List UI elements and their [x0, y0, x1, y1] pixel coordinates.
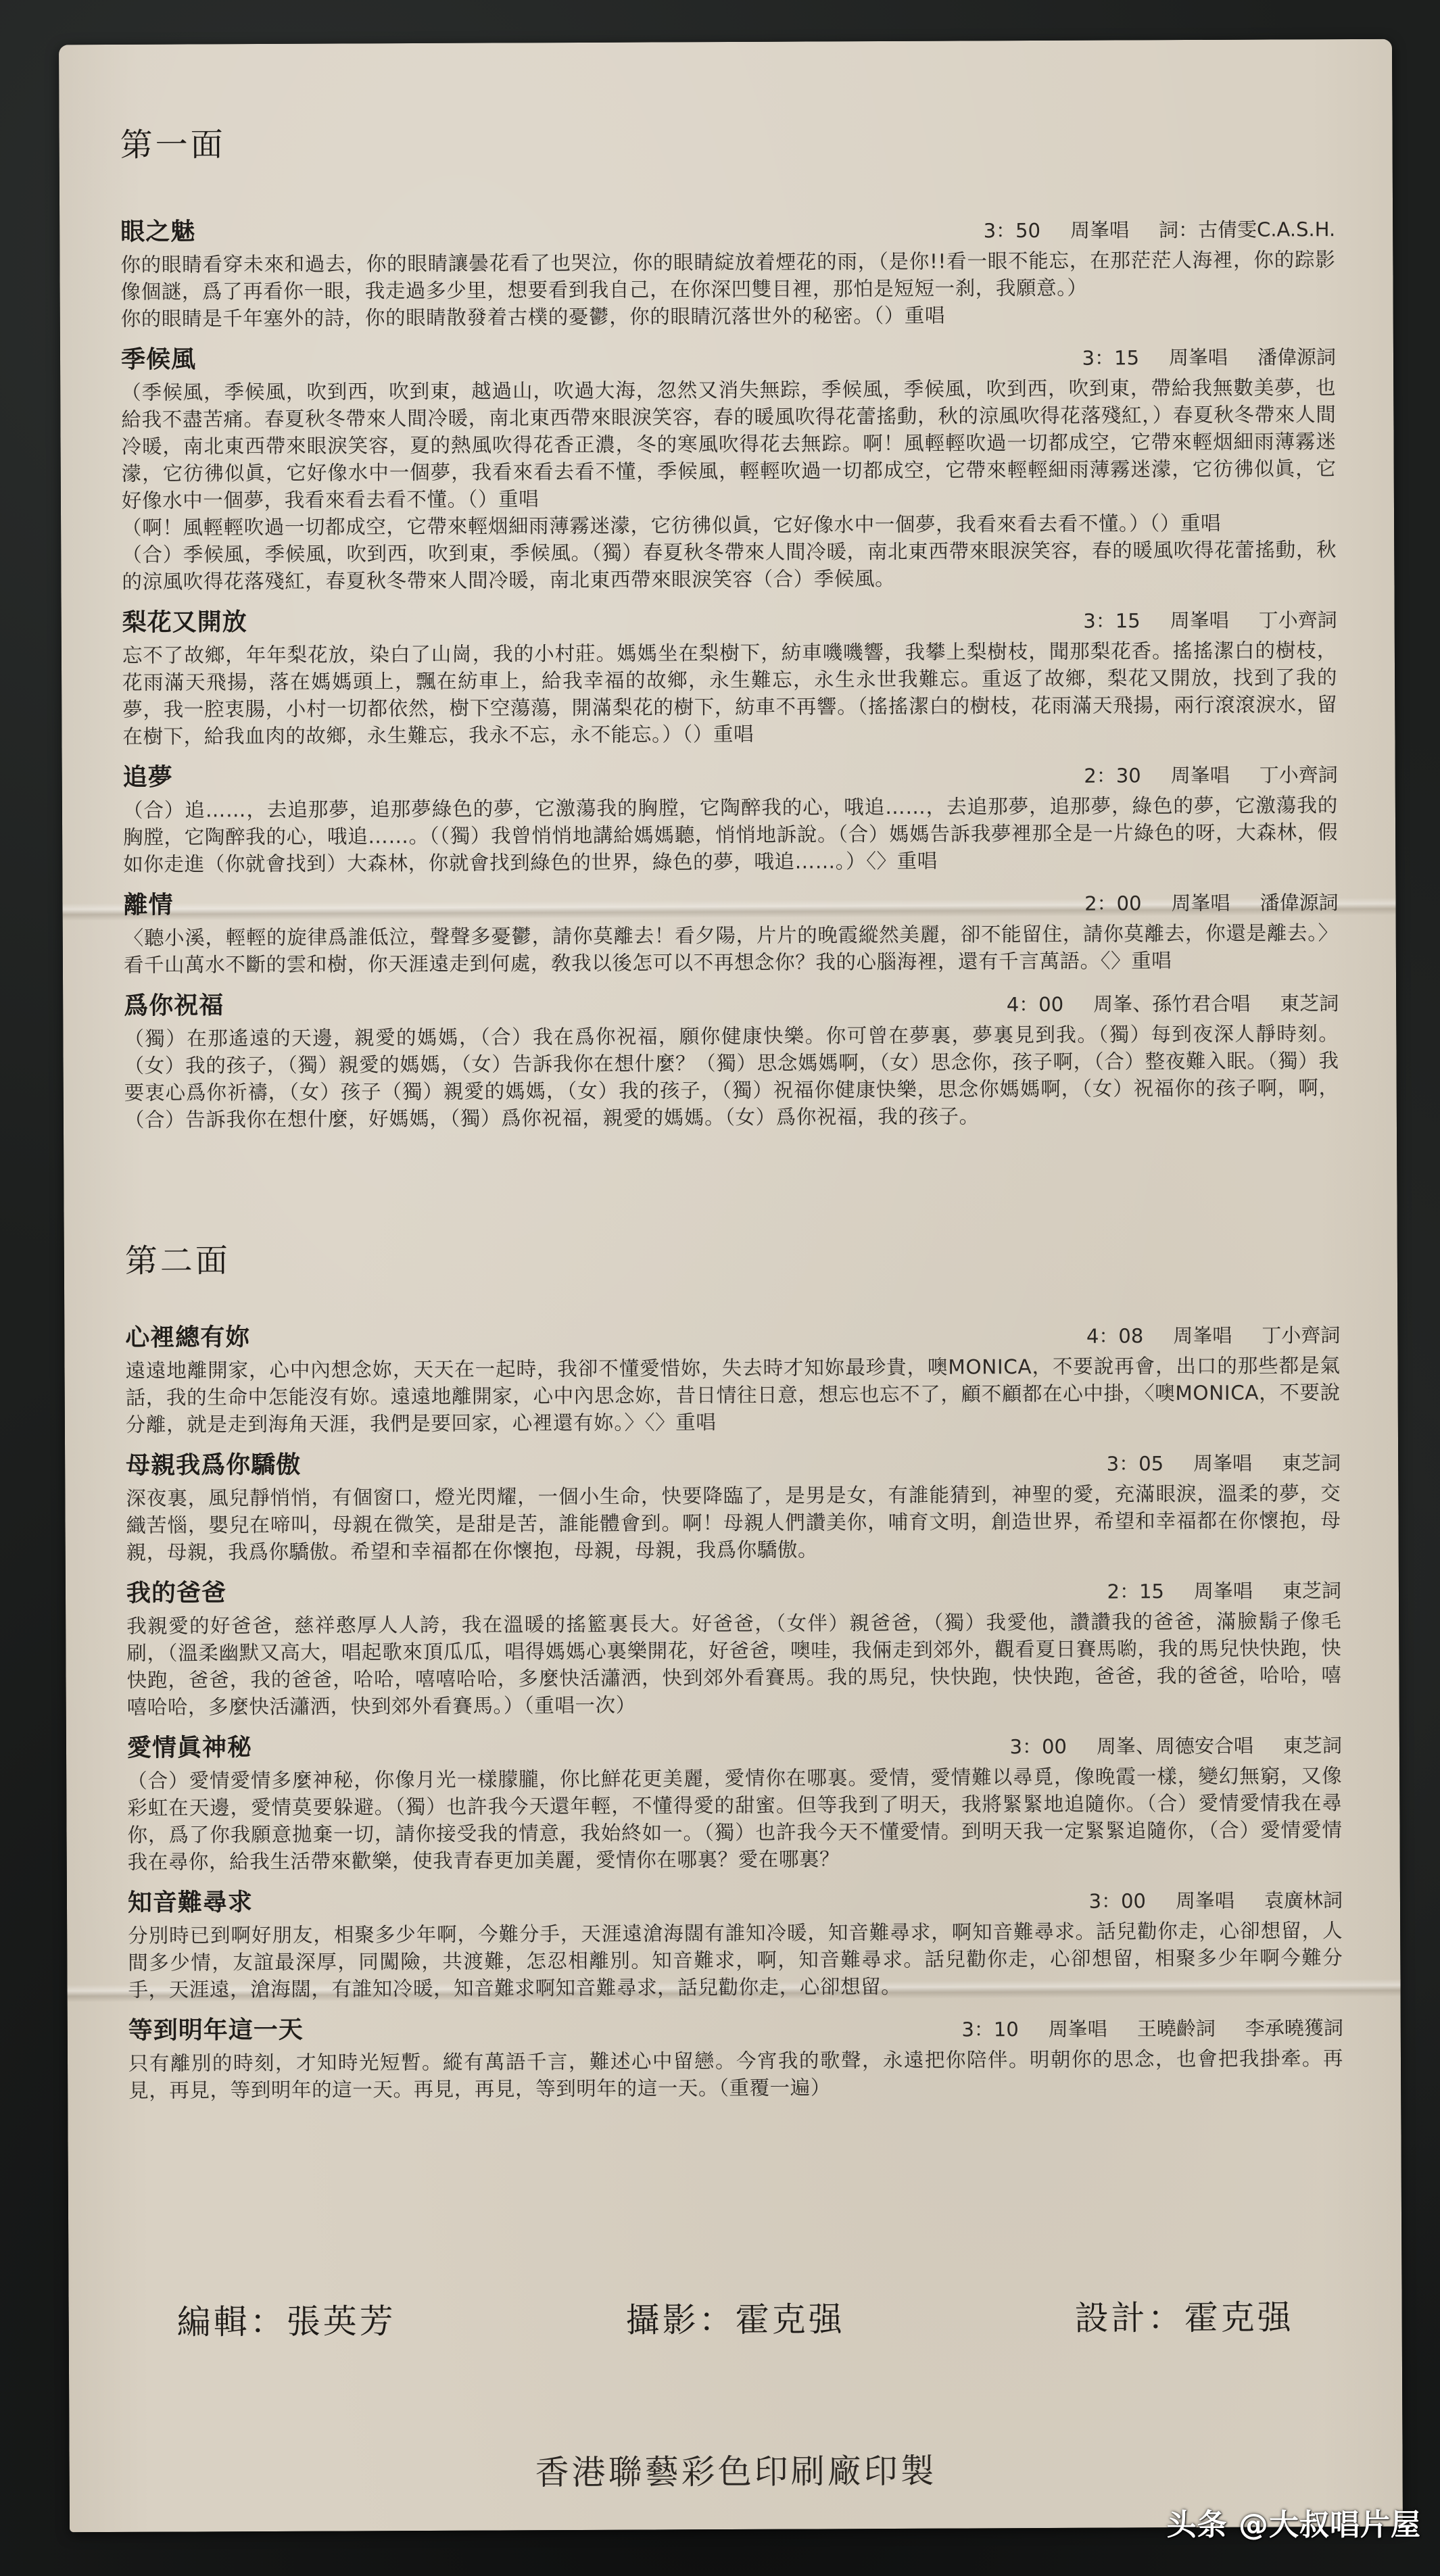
song-entry: 母親我爲你驕傲 3：05 周峯唱 東芝詞 深夜裏，風兒靜悄悄，有個窗口，燈光閃耀…	[126, 1441, 1341, 1566]
song-meta: 3：15 周峯唱 潘偉源詞	[1082, 342, 1337, 371]
song-header: 知音難尋求 3：00 周峯唱 袁廣林詞	[128, 1878, 1343, 1918]
song-duration: 3：15	[1082, 343, 1140, 370]
song-singer: 周峯唱	[1176, 1886, 1234, 1914]
song-lyricist-2: 李承曉獲詞	[1245, 2013, 1343, 2041]
song-duration: 4：08	[1086, 1321, 1144, 1348]
song-duration: 2：00	[1084, 888, 1142, 916]
song-lyrics: 〈聽小溪，輕輕的旋律爲誰低泣，聲聲多憂鬱，請你莫離去！看夕陽，片片的晚霞縱然美麗…	[124, 919, 1339, 979]
song-title: 離情	[123, 886, 173, 921]
song-meta: 2：30 周峯唱 丁小齊詞	[1084, 760, 1338, 789]
side-b-song-list: 心裡總有妳 4：08 周峯唱 丁小齊詞 遠遠地離開家，心中內想念妳，天天在一起時…	[125, 1313, 1343, 2104]
song-duration: 2：30	[1084, 760, 1141, 788]
song-lyricist: 丁小齊詞	[1259, 760, 1338, 788]
song-singer: 周峯唱	[1173, 1321, 1232, 1348]
song-lyricist: 潘偉源詞	[1257, 342, 1336, 370]
song-meta: 3：00 周峯唱 袁廣林詞	[1088, 1885, 1343, 1914]
song-meta: 3：50 周峯唱 詞：古倩雯C.A.S.H.	[984, 214, 1336, 243]
side-a-heading: 第一面	[120, 114, 1335, 166]
song-entry: 眼之魅 3：50 周峯唱 詞：古倩雯C.A.S.H. 你的眼睛看穿未來和過去，你…	[120, 208, 1336, 333]
song-entry: 知音難尋求 3：00 周峯唱 袁廣林詞 分別時已到啊好朋友，相聚多少年啊，今難分…	[128, 1878, 1343, 2003]
song-header: 離情 2：00 周峯唱 潘偉源詞	[123, 881, 1338, 921]
song-header: 眼之魅 3：50 周峯唱 詞：古倩雯C.A.S.H.	[120, 208, 1335, 247]
song-duration: 3：05	[1107, 1449, 1164, 1476]
editor-credit: 編輯：張英芳	[177, 2294, 396, 2343]
song-duration: 3：50	[984, 216, 1041, 243]
song-duration: 2：15	[1107, 1576, 1164, 1604]
song-entry: 梨花又開放 3：15 周峯唱 丁小齊詞 忘不了故鄉，年年梨花放，染白了山崗，我的…	[122, 598, 1338, 750]
song-lyrics: （季候風，季候風，吹到西，吹到東，越過山，吹過大海，忽然又消失無踪，季候風，季候…	[121, 374, 1337, 596]
song-meta: 3：10 周峯唱 王曉齡詞 李承曉獲詞	[961, 2013, 1343, 2042]
song-lyrics: （合）愛情愛情多麼神秘，你像月光一樣朦朧，你比鮮花更美麗，愛情你在哪裏。愛情，愛…	[127, 1762, 1343, 1876]
song-singer: 周峯唱	[1194, 1576, 1253, 1604]
song-lyricist: 詞：古倩雯C.A.S.H.	[1159, 214, 1335, 243]
song-meta: 4：08 周峯唱 丁小齊詞	[1086, 1320, 1341, 1349]
song-entry: 愛情眞神秘 3：00 周峯、周德安合唱 東芝詞 （合）愛情愛情多麼神秘，你像月光…	[127, 1724, 1343, 1876]
song-header: 梨花又開放 3：15 周峯唱 丁小齊詞	[122, 598, 1337, 638]
song-lyricist: 東芝詞	[1282, 1448, 1341, 1476]
song-title: 爲你祝福	[124, 986, 224, 1021]
song-lyrics: 分別時已到啊好朋友，相聚多少年啊，今難分手，天涯遠滄海闊有誰知冷暖，知音難尋求，…	[128, 1917, 1343, 2003]
design-credit: 設計：霍克强	[1074, 2290, 1293, 2339]
song-lyricist: 東芝詞	[1282, 1576, 1341, 1603]
song-entry: 等到明年這一天 3：10 周峯唱 王曉齡詞 李承曉獲詞 只有離別的時刻，才知時光…	[128, 2006, 1344, 2104]
side-b-heading: 第二面	[125, 1230, 1340, 1282]
song-lyricist: 東芝詞	[1283, 1730, 1342, 1758]
song-singer: 周峯、孫竹君合唱	[1093, 989, 1250, 1017]
song-meta: 3：05 周峯唱 東芝詞	[1107, 1448, 1341, 1477]
song-meta: 4：00 周峯、孫竹君合唱 東芝詞	[1007, 988, 1339, 1017]
song-title: 母親我爲你驕傲	[126, 1446, 301, 1481]
song-lyricist: 王曉齡詞	[1137, 2014, 1216, 2042]
song-header: 追夢 2：30 周峯唱 丁小齊詞	[123, 753, 1338, 793]
photography-credit: 攝影：霍克强	[626, 2292, 845, 2341]
song-header: 母親我爲你驕傲 3：05 周峯唱 東芝詞	[126, 1441, 1341, 1481]
song-meta: 3：00 周峯、周德安合唱 東芝詞	[1009, 1730, 1342, 1759]
song-lyrics: （獨）在那遙遠的天邊，親愛的媽媽，（合）我在爲你祝福，願你健康快樂。你可曾在夢裏…	[124, 1020, 1339, 1134]
song-meta: 2：00 周峯唱 潘偉源詞	[1084, 888, 1339, 917]
song-title: 眼之魅	[120, 212, 195, 247]
song-title: 愛情眞神秘	[127, 1728, 252, 1764]
credits-line: 編輯：張英芳 攝影：霍克强 設計：霍克强	[177, 2290, 1294, 2343]
song-lyrics: （合）追……，去追那夢，追那夢綠色的夢，它激蕩我的胸膛，它陶醉我的心，哦追……，…	[123, 792, 1339, 878]
song-entry: 我的爸爸 2：15 周峯唱 東芝詞 我親愛的好爸爸，慈祥憨厚人人誇，我在溫暖的搖…	[126, 1569, 1342, 1721]
song-singer: 周峯唱	[1169, 343, 1228, 370]
song-singer: 周峯唱	[1171, 888, 1230, 916]
song-duration: 4：00	[1007, 990, 1064, 1017]
song-title: 心裡總有妳	[125, 1318, 250, 1353]
song-lyrics: 遠遠地離開家，心中內想念妳，天天在一起時，我卻不懂愛惜妳，失去時才知妳最珍貴，噢…	[125, 1352, 1341, 1438]
song-meta: 3：15 周峯唱 丁小齊詞	[1083, 605, 1337, 634]
song-singer: 周峯唱	[1193, 1449, 1252, 1476]
song-lyrics: 忘不了故鄉，年年梨花放，染白了山崗，我的小村莊。媽媽坐在梨樹下，紡車嘰嘰響，我攀…	[122, 637, 1338, 750]
song-singer: 周峯、周德安合唱	[1097, 1731, 1253, 1759]
song-lyrics: 只有離別的時刻，才知時光短暫。縱有萬語千言，難述心中留戀。今宵我的歌聲，永遠把你…	[128, 2045, 1343, 2104]
song-singer: 周峯唱	[1070, 215, 1129, 243]
song-singer: 周峯唱	[1170, 606, 1229, 633]
side-a-song-list: 眼之魅 3：50 周峯唱 詞：古倩雯C.A.S.H. 你的眼睛看穿未來和過去，你…	[120, 208, 1339, 1134]
song-title: 梨花又開放	[122, 603, 247, 638]
song-entry: 追夢 2：30 周峯唱 丁小齊詞 （合）追……，去追那夢，追那夢綠色的夢，它激蕩…	[123, 753, 1339, 878]
song-lyricist: 丁小齊詞	[1262, 1320, 1340, 1348]
song-entry: 季候風 3：15 周峯唱 潘偉源詞 （季候風，季候風，吹到西，吹到東，越過山，吹…	[121, 335, 1337, 596]
song-lyricist: 丁小齊詞	[1259, 605, 1337, 633]
watermark: 头条 @大叔唱片屋	[1167, 2500, 1421, 2544]
song-lyrics: 我親愛的好爸爸，慈祥憨厚人人誇，我在溫暖的搖籃裏長大。好爸爸，（女伴）親爸爸，（…	[126, 1607, 1342, 1721]
song-lyrics: 深夜裏，風兒靜悄悄，有個窗口，燈光閃耀，一個小生命，快要降臨了，是男是女，有誰能…	[126, 1480, 1341, 1566]
song-header: 等到明年這一天 3：10 周峯唱 王曉齡詞 李承曉獲詞	[128, 2006, 1343, 2046]
song-title: 知音難尋求	[128, 1883, 253, 1918]
song-singer: 周峯唱	[1171, 760, 1230, 788]
song-lyricist: 東芝詞	[1280, 988, 1339, 1016]
song-entry: 心裡總有妳 4：08 周峯唱 丁小齊詞 遠遠地離開家，心中內想念妳，天天在一起時…	[125, 1313, 1341, 1438]
song-header: 我的爸爸 2：15 周峯唱 東芝詞	[126, 1569, 1341, 1609]
song-title: 追夢	[123, 758, 173, 793]
song-lyricist: 潘偉源詞	[1259, 888, 1338, 916]
song-header: 季候風 3：15 周峯唱 潘偉源詞	[121, 335, 1336, 375]
song-lyrics: 你的眼睛看穿未來和過去，你的眼睛讓曇花看了也哭泣，你的眼睛綻放着煙花的雨，（是你…	[120, 246, 1336, 333]
song-title: 我的爸爸	[126, 1574, 226, 1609]
song-lyricist: 袁廣林詞	[1264, 1885, 1343, 1914]
song-duration: 3：10	[961, 2014, 1019, 2042]
song-duration: 3：15	[1083, 606, 1141, 633]
song-duration: 3：00	[1009, 1732, 1067, 1759]
song-duration: 3：00	[1088, 1886, 1146, 1914]
song-header: 心裡總有妳 4：08 周峯唱 丁小齊詞	[125, 1313, 1340, 1353]
lyric-sheet: 第一面 眼之魅 3：50 周峯唱 詞：古倩雯C.A.S.H. 你的眼睛看穿未來和…	[59, 39, 1403, 2533]
song-title: 等到明年這一天	[128, 2011, 304, 2046]
song-meta: 2：15 周峯唱 東芝詞	[1107, 1576, 1341, 1605]
song-entry: 爲你祝福 4：00 周峯、孫竹君合唱 東芝詞 （獨）在那遙遠的天邊，親愛的媽媽，…	[124, 981, 1339, 1134]
song-header: 愛情眞神秘 3：00 周峯、周德安合唱 東芝詞	[127, 1724, 1342, 1764]
song-header: 爲你祝福 4：00 周峯、孫竹君合唱 東芝詞	[124, 981, 1339, 1021]
song-singer: 周峯唱	[1049, 2014, 1107, 2042]
song-title: 季候風	[121, 340, 196, 374]
lyrics-content: 第一面 眼之魅 3：50 周峯唱 詞：古倩雯C.A.S.H. 你的眼睛看穿未來和…	[120, 114, 1343, 2112]
song-entry: 離情 2：00 周峯唱 潘偉源詞 〈聽小溪，輕輕的旋律爲誰低泣，聲聲多憂鬱，請你…	[123, 881, 1339, 979]
printer-credit: 香港聯藝彩色印刷廠印製	[69, 2442, 1402, 2497]
